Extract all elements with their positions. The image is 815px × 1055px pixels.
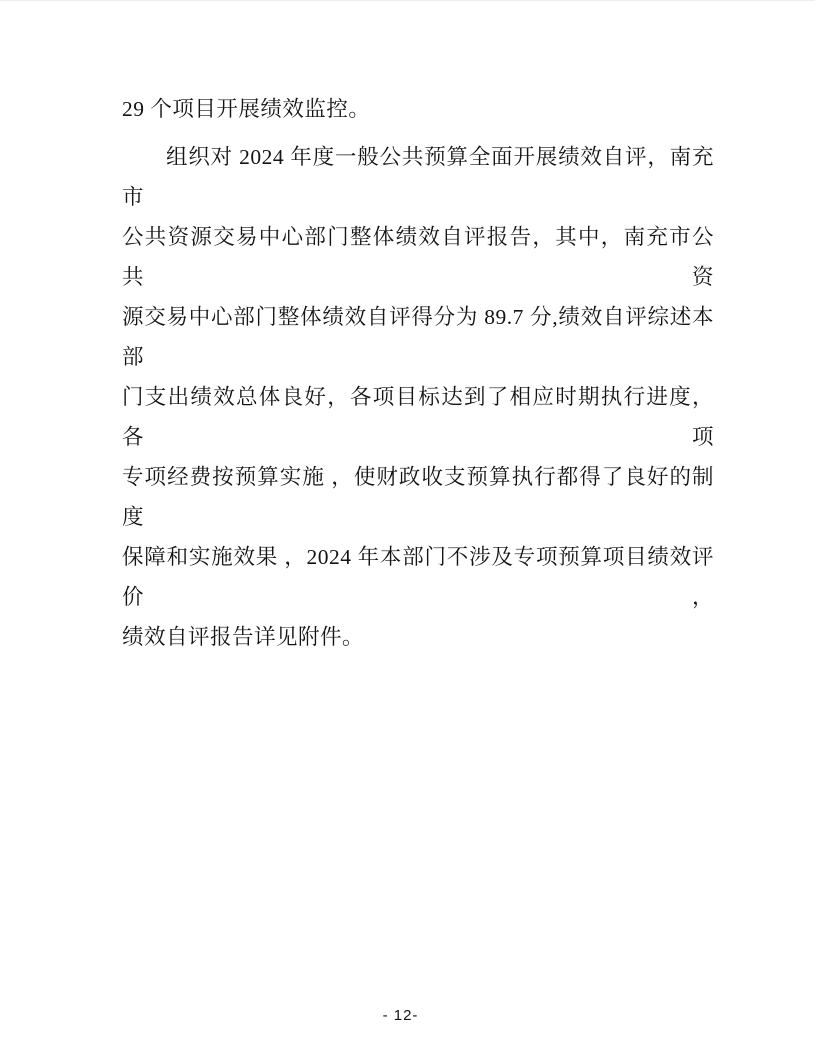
paragraph-line-5: 门支出绩效总体良好，各项目标达到了相应时期执行进度，各项 <box>122 377 714 457</box>
paragraph-line-4: 源交易中心部门整体绩效自评得分为 89.7 分,绩效自评综述本部 <box>122 297 714 377</box>
body-text: 29 个项目开展绩效监控。 组织对 2024 年度一般公共预算全面开展绩效自评，… <box>122 89 714 657</box>
paragraph-line-6: 专项经费按预算实施 ，使财政收支预算执行都得了良好的制度 <box>122 457 714 537</box>
paragraph-line-3: 公共资源交易中心部门整体绩效自评报告，其中，南充市公共资 <box>122 217 714 297</box>
paragraph-line-2: 组织对 2024 年度一般公共预算全面开展绩效自评，南充市 <box>122 137 714 217</box>
document-page: 29 个项目开展绩效监控。 组织对 2024 年度一般公共预算全面开展绩效自评，… <box>0 0 815 1055</box>
paragraph-line-1: 29 个项目开展绩效监控。 <box>122 89 714 129</box>
paragraph-line-7: 保障和实施效果 ，2024 年本部门不涉及专项预算项目绩效评价， <box>122 537 714 617</box>
page-number: - 12- <box>0 1007 801 1024</box>
paragraph-line-8: 绩效自评报告详见附件。 <box>122 617 714 657</box>
